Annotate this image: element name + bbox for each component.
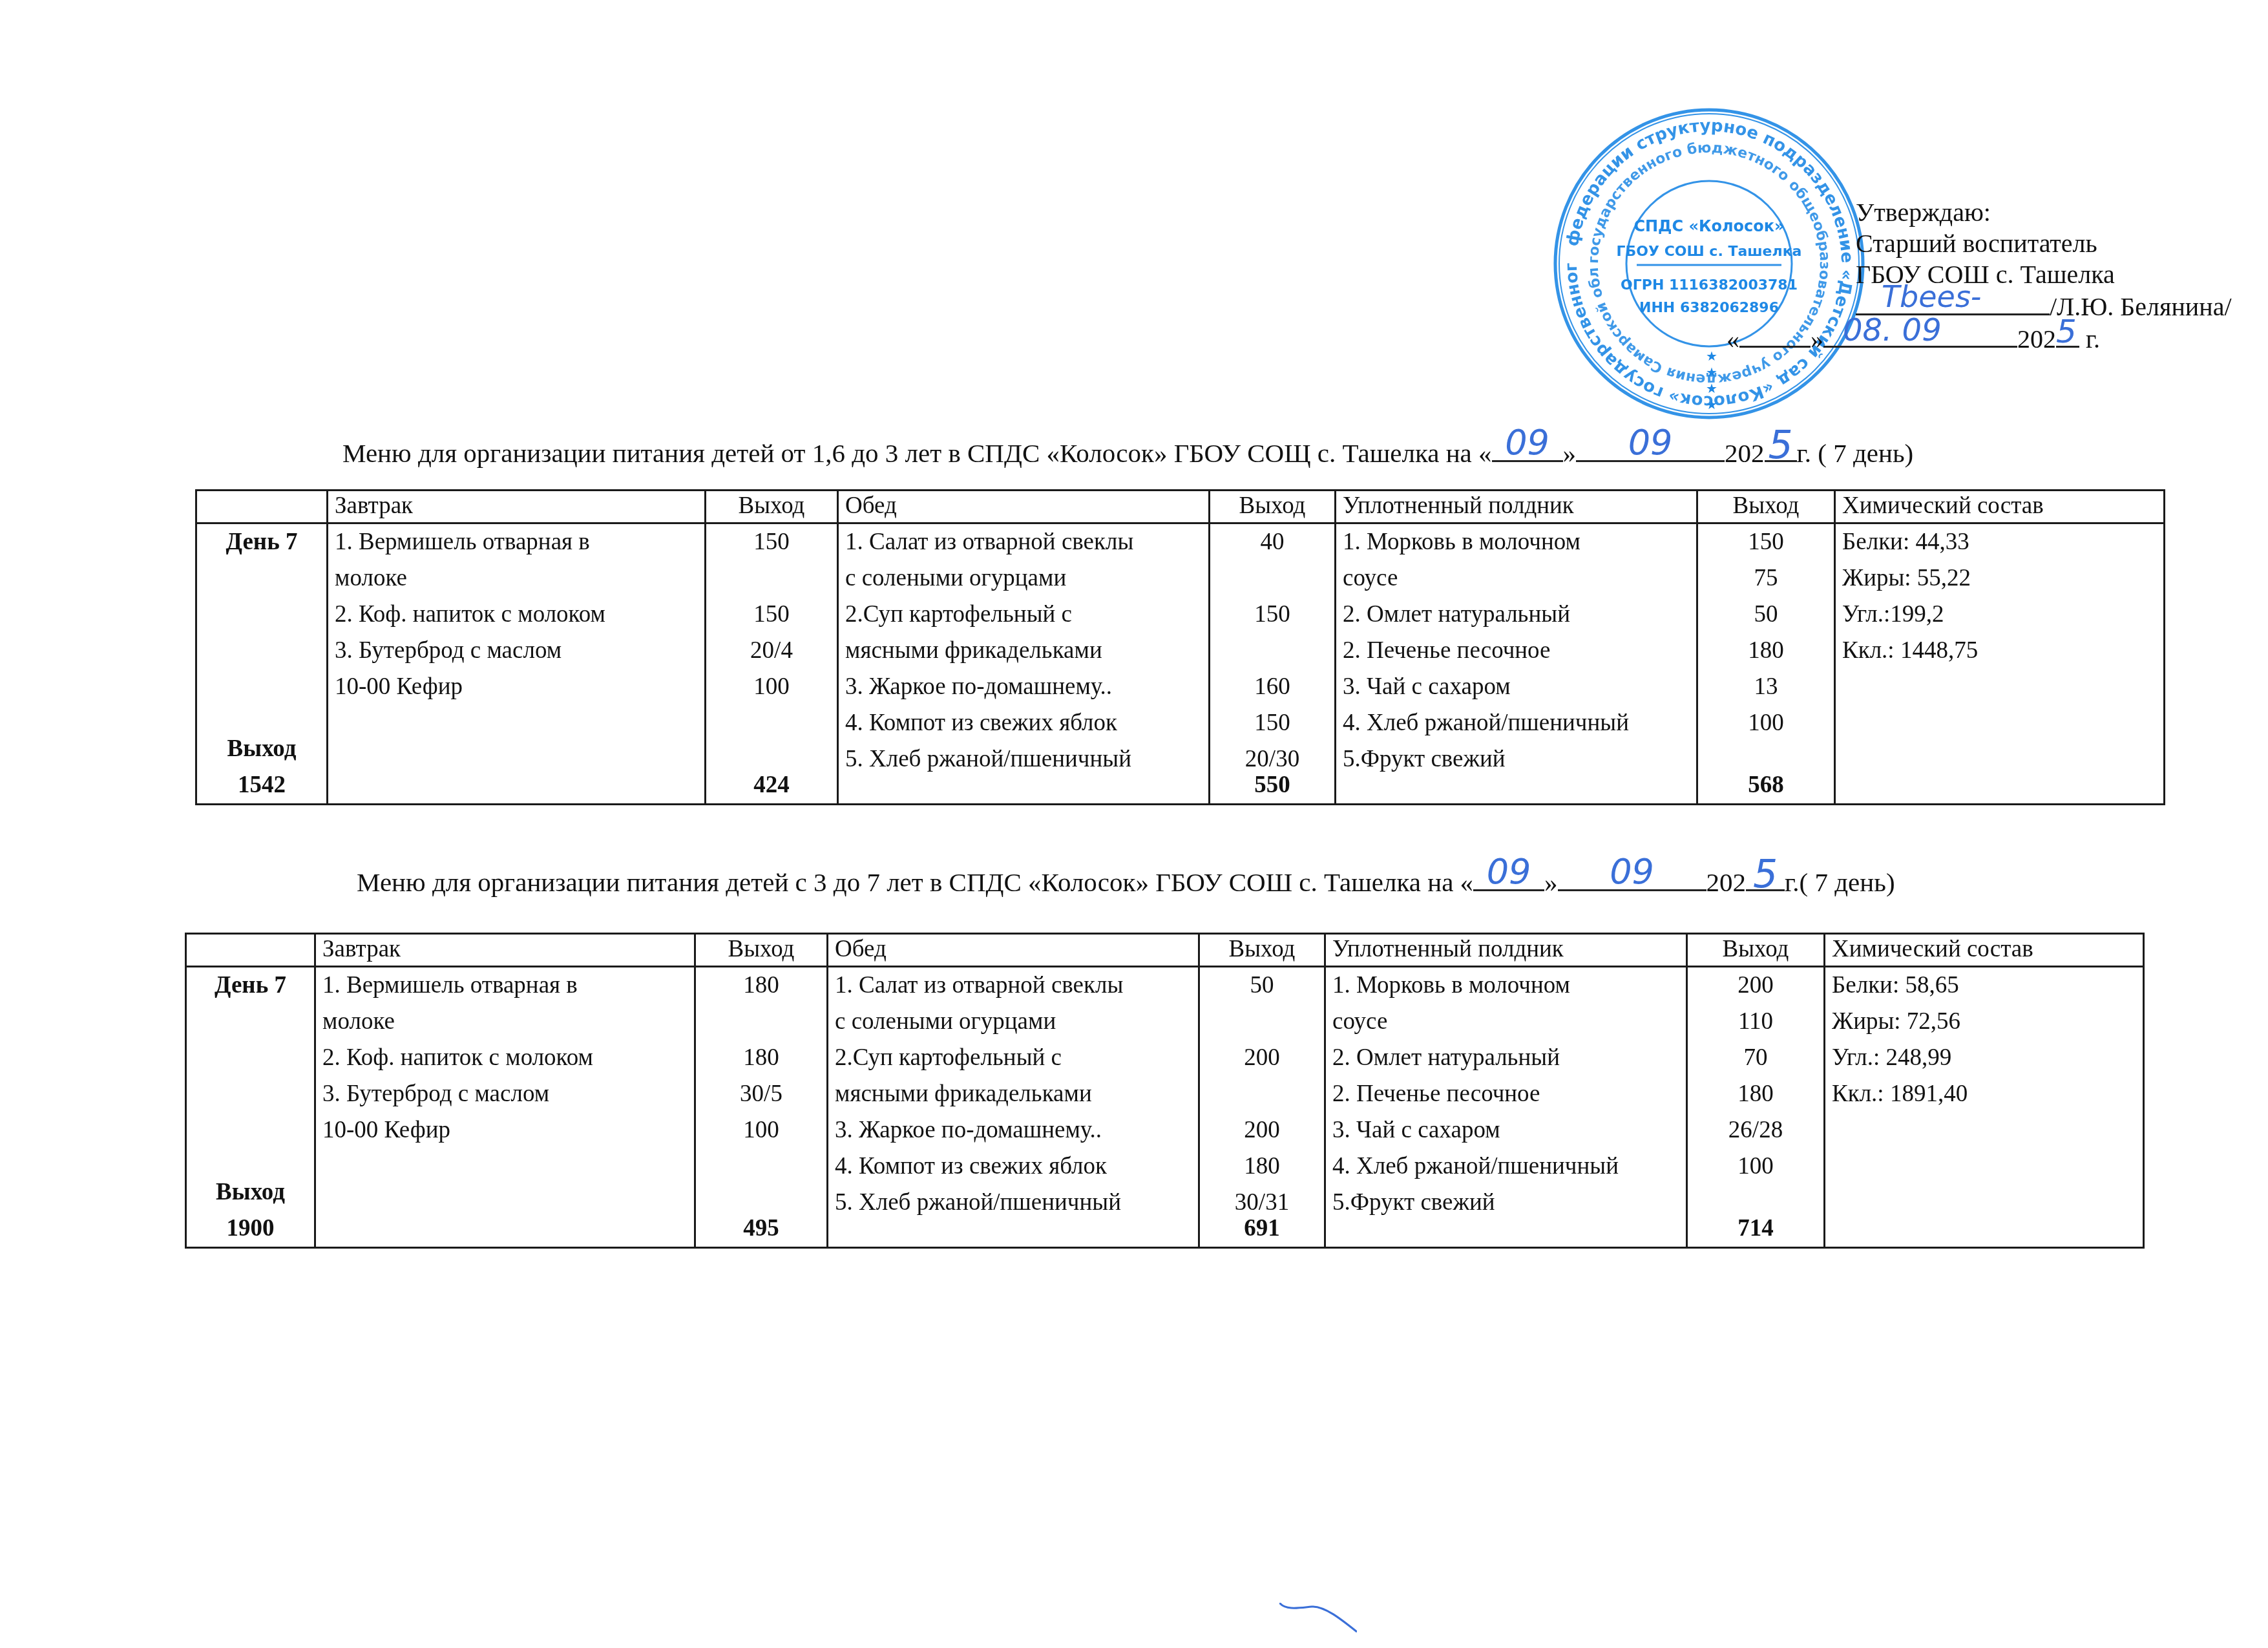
menu-item: 1. Вермишель отварная в xyxy=(335,524,698,560)
yield-value: 30/5 xyxy=(702,1076,820,1112)
pen-stroke-mark xyxy=(1279,1603,1357,1648)
day-total-value: 1542 xyxy=(204,767,320,803)
chemistry-line: Ккл.: 1891,40 xyxy=(1832,1076,2136,1112)
yield-value: 110 xyxy=(1694,1004,1817,1040)
header-snack: Уплотненный полдник xyxy=(1336,491,1697,523)
menu-item: 5.Фрукт свежий xyxy=(1343,741,1690,777)
breakfast-items-cell: 1. Вермишель отварная вмолоке2. Коф. нап… xyxy=(315,967,695,1248)
yield-value: 150 xyxy=(713,597,830,633)
menu-title-text: Меню для организации питания детей от 1,… xyxy=(342,438,1492,468)
svg-text:★: ★ xyxy=(1706,397,1717,412)
signature-name: /Л.Ю. Белянина/ xyxy=(2050,292,2232,321)
menu-item: 2. Омлет натуральный xyxy=(1343,597,1690,633)
handwritten-month: 09 xyxy=(1610,854,1654,889)
handwritten-day: 09 xyxy=(1505,425,1549,460)
snack-items-cell: 1. Морковь в молочномсоусе2. Омлет натур… xyxy=(1336,523,1697,805)
day-cell-body: День 7Выход1900 xyxy=(193,967,308,1247)
year-suffix: г. xyxy=(2079,324,2100,354)
menu-item: 2. Омлет натуральный xyxy=(1332,1040,1679,1076)
date-quote-close: » xyxy=(1811,324,1823,354)
menu-item: молоке xyxy=(322,1004,688,1040)
menu-item: 5. Хлеб ржаной/пшеничный xyxy=(835,1185,1192,1221)
yield-value xyxy=(1217,560,1328,597)
yield-value: 160 xyxy=(1217,669,1328,705)
chemistry-line: Ккл.: 1448,75 xyxy=(1842,633,2157,669)
day-label: День 7 xyxy=(204,524,320,560)
menu-item: 1. Морковь в молочном xyxy=(1332,967,1679,1004)
menu-item: 2. Коф. напиток с молоком xyxy=(322,1040,688,1076)
menu-item: 5. Хлеб ржаной/пшеничный xyxy=(845,741,1202,777)
table-body-row: День 7Выход15421. Вермишель отварная вмо… xyxy=(196,523,2165,805)
chemistry-line: Белки: 44,33 xyxy=(1842,524,2157,560)
yield-value: 180 xyxy=(1206,1148,1318,1185)
header-breakfast-yield: Выход xyxy=(695,934,828,967)
chemistry-values: Белки: 58,65Жиры: 72,56Угл.: 248,99Ккл.:… xyxy=(1832,967,2136,1247)
title-day-blank: 09 xyxy=(1473,867,1544,891)
yield-value: 200 xyxy=(1694,967,1817,1004)
header-lunch: Обед xyxy=(838,491,1210,523)
menu-title-1: Меню для организации питания детей от 1,… xyxy=(342,437,1913,469)
snack-items: 1. Морковь в молочномсоусе2. Омлет натур… xyxy=(1343,524,1690,803)
chemistry-line: Жиры: 72,56 xyxy=(1832,1004,2136,1040)
title-year-prefix: 202 xyxy=(1725,438,1765,468)
menu-title-text: Меню для организации питания детей с 3 д… xyxy=(357,867,1473,897)
yield-value: 200 xyxy=(1206,1040,1318,1076)
menu-item: 2. Печенье песочное xyxy=(1332,1076,1679,1112)
menu-item: 10-00 Кефир xyxy=(335,669,698,705)
yield-value: 150 xyxy=(1217,705,1328,741)
year-prefix: 202 xyxy=(2017,324,2056,354)
yield-value: 70 xyxy=(1694,1040,1817,1076)
official-stamp: федерации структурное подразделение «Дет… xyxy=(1548,102,1871,425)
yield-value: 100 xyxy=(702,1112,820,1148)
svg-text:★: ★ xyxy=(1706,381,1717,396)
header-breakfast-yield: Выход xyxy=(706,491,838,523)
title-month-blank: 09 xyxy=(1558,867,1706,891)
snack-yields: 150755018013100 568 xyxy=(1705,524,1827,803)
day-total-label: Выход xyxy=(204,731,320,767)
menu-item: 2. Коф. напиток с молоком xyxy=(335,597,698,633)
approval-position: Старший воспитатель xyxy=(1856,228,2232,259)
title-year-prefix: 202 xyxy=(1706,867,1747,897)
menu-item: соусе xyxy=(1343,560,1690,597)
menu-table-toddlers: ЗавтракВыходОбедВыходУплотненный полдник… xyxy=(195,489,2165,805)
lunch-yield-cell: 40 150 16015020/30550 xyxy=(1210,523,1336,805)
handwritten-signature: Tbees- xyxy=(1882,281,1981,312)
menu-item: 4. Компот из свежих яблок xyxy=(845,705,1202,741)
approval-label: Утверждаю: xyxy=(1856,197,2232,228)
header-chemistry: Химический состав xyxy=(1825,934,2144,967)
breakfast-yield-total: 424 xyxy=(713,767,830,803)
breakfast-yields: 150 15020/4100424 xyxy=(713,524,830,803)
title-year-blank: 5 xyxy=(1746,867,1785,891)
day-label: День 7 xyxy=(193,967,308,1004)
yield-value xyxy=(713,560,830,597)
yield-value: 13 xyxy=(1705,669,1827,705)
chemistry-values: Белки: 44,33Жиры: 55,22Угл.:199,2Ккл.: 1… xyxy=(1842,524,2157,803)
chemistry-line: Угл.: 248,99 xyxy=(1832,1040,2136,1076)
breakfast-yield-total: 495 xyxy=(702,1210,820,1247)
table-body-row: День 7Выход19001. Вермишель отварная вмо… xyxy=(186,967,2144,1248)
menu-item: 3. Чай с сахаром xyxy=(1343,669,1690,705)
table-header-row: ЗавтракВыходОбедВыходУплотненный полдник… xyxy=(196,491,2165,523)
date-quote-open: « xyxy=(1727,324,1739,354)
snack-items: 1. Морковь в молочномсоусе2. Омлет натур… xyxy=(1332,967,1679,1247)
title-quote-close: » xyxy=(1544,867,1558,897)
title-quote-close: » xyxy=(1563,438,1577,468)
menu-item: 4. Хлеб ржаной/пшеничный xyxy=(1332,1148,1679,1185)
yield-value: 180 xyxy=(1705,633,1827,669)
header-snack-yield: Выход xyxy=(1697,491,1835,523)
approval-block: Утверждаю: Старший воспитатель ГБОУ СОШ … xyxy=(1856,197,2232,355)
yield-value: 50 xyxy=(1206,967,1318,1004)
yield-value: 26/28 xyxy=(1694,1112,1817,1148)
lunch-yield-cell: 50 200 20018030/31691 xyxy=(1199,967,1325,1248)
date-day-blank xyxy=(1739,322,1811,348)
svg-text:★: ★ xyxy=(1706,364,1717,380)
menu-item: 2.Суп картофельный с xyxy=(835,1040,1192,1076)
lunch-items-cell: 1. Салат из отварной свеклыс солеными ог… xyxy=(828,967,1199,1248)
yield-value xyxy=(1217,633,1328,669)
menu-item: соусе xyxy=(1332,1004,1679,1040)
chemistry-cell: Белки: 44,33Жиры: 55,22Угл.:199,2Ккл.: 1… xyxy=(1835,523,2165,805)
header-snack-yield: Выход xyxy=(1687,934,1825,967)
approval-date-line: «» 08. 09 202 5 г. xyxy=(1727,322,2232,355)
title-month-blank: 09 xyxy=(1576,438,1725,462)
menu-item: мясными фрикадельками xyxy=(835,1076,1192,1112)
stamp-center-line2: ГБОУ СОШ с. Ташелка xyxy=(1617,244,1802,260)
chemistry-line: Белки: 58,65 xyxy=(1832,967,2136,1004)
yield-value: 75 xyxy=(1705,560,1827,597)
lunch-yields: 40 150 16015020/30550 xyxy=(1217,524,1328,803)
lunch-items: 1. Салат из отварной свеклыс солеными ог… xyxy=(845,524,1202,803)
snack-yield-cell: 2001107018026/28100 714 xyxy=(1687,967,1825,1248)
header-day xyxy=(196,491,328,523)
menu-item: 3. Чай с сахаром xyxy=(1332,1112,1679,1148)
menu-item: 4. Хлеб ржаной/пшеничный xyxy=(1343,705,1690,741)
day-total-value: 1900 xyxy=(193,1210,308,1247)
menu-item: 3. Бутерброд с маслом xyxy=(322,1076,688,1112)
yield-value: 50 xyxy=(1705,597,1827,633)
stamp-ogrn: ОГРН 1116382003781 xyxy=(1621,277,1798,293)
stamp-center-line1: СПДС «Колосок» xyxy=(1633,217,1784,235)
day-cell: День 7Выход1900 xyxy=(186,967,315,1248)
yield-value: 40 xyxy=(1217,524,1328,560)
snack-items-cell: 1. Морковь в молочномсоусе2. Омлет натур… xyxy=(1325,967,1687,1248)
menu-item: 1. Салат из отварной свеклы xyxy=(835,967,1192,1004)
title-suffix: г.( 7 день) xyxy=(1785,867,1895,897)
menu-item: 10-00 Кефир xyxy=(322,1112,688,1148)
yield-value: 150 xyxy=(713,524,830,560)
menu-item: 1. Морковь в молочном xyxy=(1343,524,1690,560)
handwritten-approval-date: 08. 09 xyxy=(1843,315,1942,346)
menu-item: 1. Салат из отварной свеклы xyxy=(845,524,1202,560)
yield-value xyxy=(1206,1076,1318,1112)
breakfast-items: 1. Вермишель отварная вмолоке2. Коф. нап… xyxy=(335,524,698,803)
header-lunch-yield: Выход xyxy=(1199,934,1325,967)
year-blank: 5 xyxy=(2056,322,2079,348)
menu-item: 3. Жаркое по-домашнему.. xyxy=(845,669,1202,705)
snack-yield-cell: 150755018013100 568 xyxy=(1697,523,1835,805)
day-total-label: Выход xyxy=(193,1174,308,1210)
menu-item: 2. Печенье песочное xyxy=(1343,633,1690,669)
menu-item: 3. Бутерброд с маслом xyxy=(335,633,698,669)
header-chemistry: Химический состав xyxy=(1835,491,2165,523)
handwritten-year: 5 xyxy=(1768,428,1792,463)
snack-yield-total: 714 xyxy=(1694,1210,1817,1247)
breakfast-items-cell: 1. Вермишель отварная вмолоке2. Коф. нап… xyxy=(328,523,706,805)
handwritten-month: 09 xyxy=(1628,425,1673,460)
date-month-blank: 08. 09 xyxy=(1823,322,2017,348)
yield-value: 180 xyxy=(702,1040,820,1076)
stamp-inn: ИНН 6382062896 xyxy=(1639,300,1779,316)
yield-value: 100 xyxy=(1694,1148,1817,1185)
svg-text:★: ★ xyxy=(1706,348,1717,364)
menu-title-2: Меню для организации питания детей с 3 д… xyxy=(357,866,1895,898)
lunch-yield-total: 691 xyxy=(1206,1210,1318,1247)
breakfast-yield-cell: 180 18030/5100495 xyxy=(695,967,828,1248)
menu-item: 1. Вермишель отварная в xyxy=(322,967,688,1004)
lunch-items-cell: 1. Салат из отварной свеклыс солеными ог… xyxy=(838,523,1210,805)
menu-item: 3. Жаркое по-домашнему.. xyxy=(835,1112,1192,1148)
chemistry-line: Жиры: 55,22 xyxy=(1842,560,2157,597)
yield-value: 180 xyxy=(702,967,820,1004)
day-total-block: Выход1900 xyxy=(193,1174,308,1247)
lunch-yield-total: 550 xyxy=(1217,767,1328,803)
chemistry-cell: Белки: 58,65Жиры: 72,56Угл.: 248,99Ккл.:… xyxy=(1825,967,2144,1248)
menu-table-preschool: ЗавтракВыходОбедВыходУплотненный полдник… xyxy=(185,933,2145,1249)
menu-item: с солеными огурцами xyxy=(835,1004,1192,1040)
yield-value xyxy=(702,1004,820,1040)
yield-value: 200 xyxy=(1206,1112,1318,1148)
day-total-block: Выход1542 xyxy=(204,731,320,803)
day-cell-body: День 7Выход1542 xyxy=(204,524,320,803)
breakfast-items: 1. Вермишель отварная вмолоке2. Коф. нап… xyxy=(322,967,688,1247)
header-lunch: Обед xyxy=(828,934,1199,967)
breakfast-yield-cell: 150 15020/4100424 xyxy=(706,523,838,805)
handwritten-day: 09 xyxy=(1487,854,1531,889)
menu-item: 5.Фрукт свежий xyxy=(1332,1185,1679,1221)
snack-yield-total: 568 xyxy=(1705,767,1827,803)
yield-value: 150 xyxy=(1705,524,1827,560)
title-day-blank: 09 xyxy=(1492,438,1563,462)
menu-item: с солеными огурцами xyxy=(845,560,1202,597)
menu-item: мясными фрикадельками xyxy=(845,633,1202,669)
menu-item: 4. Компот из свежих яблок xyxy=(835,1148,1192,1185)
title-year-blank: 5 xyxy=(1765,438,1797,462)
yield-value xyxy=(1206,1004,1318,1040)
handwritten-year: 5 xyxy=(1753,857,1778,892)
menu-item: молоке xyxy=(335,560,698,597)
header-day xyxy=(186,934,315,967)
header-snack: Уплотненный полдник xyxy=(1325,934,1687,967)
header-breakfast: Завтрак xyxy=(328,491,706,523)
lunch-items: 1. Салат из отварной свеклыс солеными ог… xyxy=(835,967,1192,1247)
yield-value: 20/4 xyxy=(713,633,830,669)
table-header-row: ЗавтракВыходОбедВыходУплотненный полдник… xyxy=(186,934,2144,967)
handwritten-year: 5 xyxy=(2056,316,2077,347)
header-lunch-yield: Выход xyxy=(1210,491,1336,523)
lunch-yields: 50 200 20018030/31691 xyxy=(1206,967,1318,1247)
breakfast-yields: 180 18030/5100495 xyxy=(702,967,820,1247)
yield-value: 180 xyxy=(1694,1076,1817,1112)
header-breakfast: Завтрак xyxy=(315,934,695,967)
chemistry-line: Угл.:199,2 xyxy=(1842,597,2157,633)
yield-value: 100 xyxy=(1705,705,1827,741)
title-suffix: г. ( 7 день) xyxy=(1797,438,1914,468)
day-cell: День 7Выход1542 xyxy=(196,523,328,805)
yield-value: 100 xyxy=(713,669,830,705)
menu-item: 2.Суп картофельный с xyxy=(845,597,1202,633)
snack-yields: 2001107018026/28100 714 xyxy=(1694,967,1817,1247)
yield-value: 150 xyxy=(1217,597,1328,633)
